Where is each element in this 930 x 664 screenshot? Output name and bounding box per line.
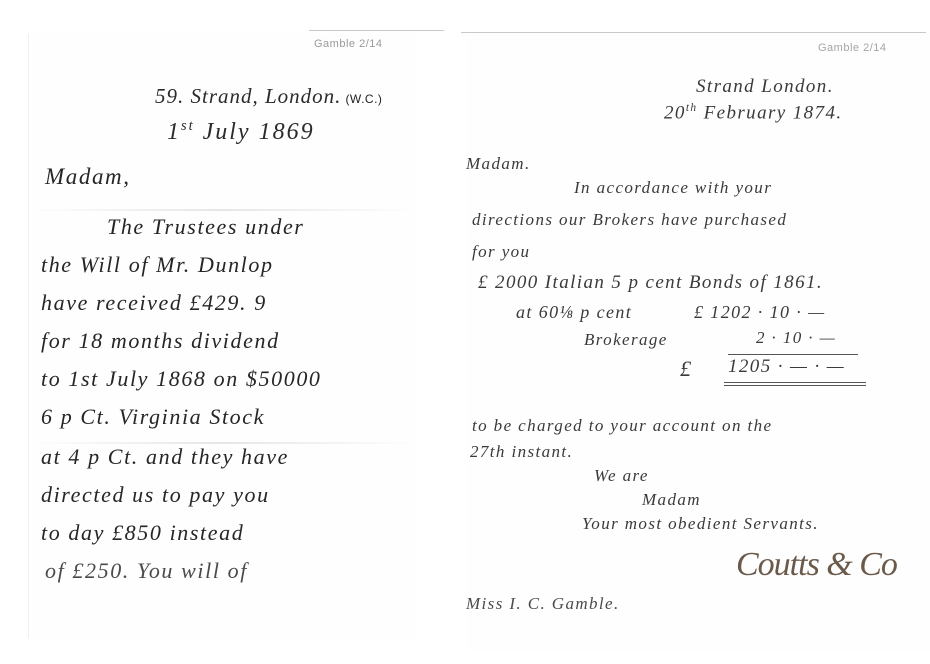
brokerage-amount: 2 · 10 · — [756, 328, 836, 348]
date-day-suffix: st [181, 118, 195, 134]
body-line: at 4 p Ct. and they have [41, 444, 289, 470]
letter-date: 20th February 1874. [664, 102, 843, 124]
date-day: 20 [664, 102, 686, 123]
date-day-suffix: th [686, 102, 698, 114]
sign-off-madam: Madam [642, 490, 701, 510]
body-line: directed us to pay you [41, 482, 270, 508]
date-month-year: February 1874. [704, 102, 843, 123]
total-amount: 1205 · — · — [728, 356, 845, 378]
archive-reference: Gamble 2/14 [314, 38, 382, 50]
letter-date: 1st July 1869 [167, 118, 315, 146]
sign-off-we-are: We are [594, 466, 649, 486]
purchase-price-label: at 60⅛ p cent [516, 302, 632, 323]
sum-rule [728, 354, 858, 355]
addressee: Miss I. C. Gamble. [466, 594, 620, 614]
signature: Coutts & Co [736, 546, 897, 584]
body-line: 6 p Ct. Virginia Stock [41, 404, 265, 430]
total-double-rule-bottom [724, 385, 866, 386]
body-line: directions our Brokers have purchased [472, 210, 787, 230]
date-month-year: July 1869 [203, 119, 315, 145]
body-line: for you [472, 242, 530, 262]
purchase-item-line: £ 2000 Italian 5 p cent Bonds of 1861. [478, 272, 823, 294]
page-edge-line [461, 32, 926, 33]
sign-off-servants: Your most obedient Servants. [582, 514, 819, 534]
body-line: have received £429. 9 [41, 290, 267, 316]
letter-right-1874: Gamble 2/14 Strand London. 20th February… [466, 32, 930, 652]
letterhead-postcode: (W.C.) [345, 92, 382, 106]
brokerage-label: Brokerage [584, 330, 668, 350]
paper-fold [29, 209, 417, 211]
salutation: Madam, [45, 164, 131, 190]
purchase-price-amount: £ 1202 · 10 · — [694, 302, 826, 323]
body-line: of £250. You will of [45, 558, 248, 584]
body-line: In accordance with your [574, 178, 772, 198]
body-line: to 1st July 1868 on $50000 [41, 366, 322, 392]
salutation: Madam. [466, 154, 531, 174]
body-line: The Trustees under [107, 214, 304, 240]
total-currency: £ [680, 356, 692, 382]
date-day: 1 [167, 119, 181, 145]
page-edge-line [309, 30, 444, 31]
body-line: the Will of Mr. Dunlop [41, 252, 274, 278]
letter-left-1869: Gamble 2/14 59. Strand, London.(W.C.) 1s… [28, 34, 417, 638]
letterhead-address: 59. Strand, London.(W.C.) [155, 84, 382, 109]
total-double-rule-top [724, 382, 866, 383]
body-line: to day £850 instead [41, 520, 244, 546]
archive-reference: Gamble 2/14 [818, 42, 886, 54]
closing-line: 27th instant. [470, 442, 573, 462]
closing-line: to be charged to your account on the [472, 416, 772, 436]
body-line: for 18 months dividend [41, 328, 280, 354]
letterhead-text: 59. Strand, London. [155, 84, 341, 108]
letterhead-address: Strand London. [696, 76, 834, 98]
